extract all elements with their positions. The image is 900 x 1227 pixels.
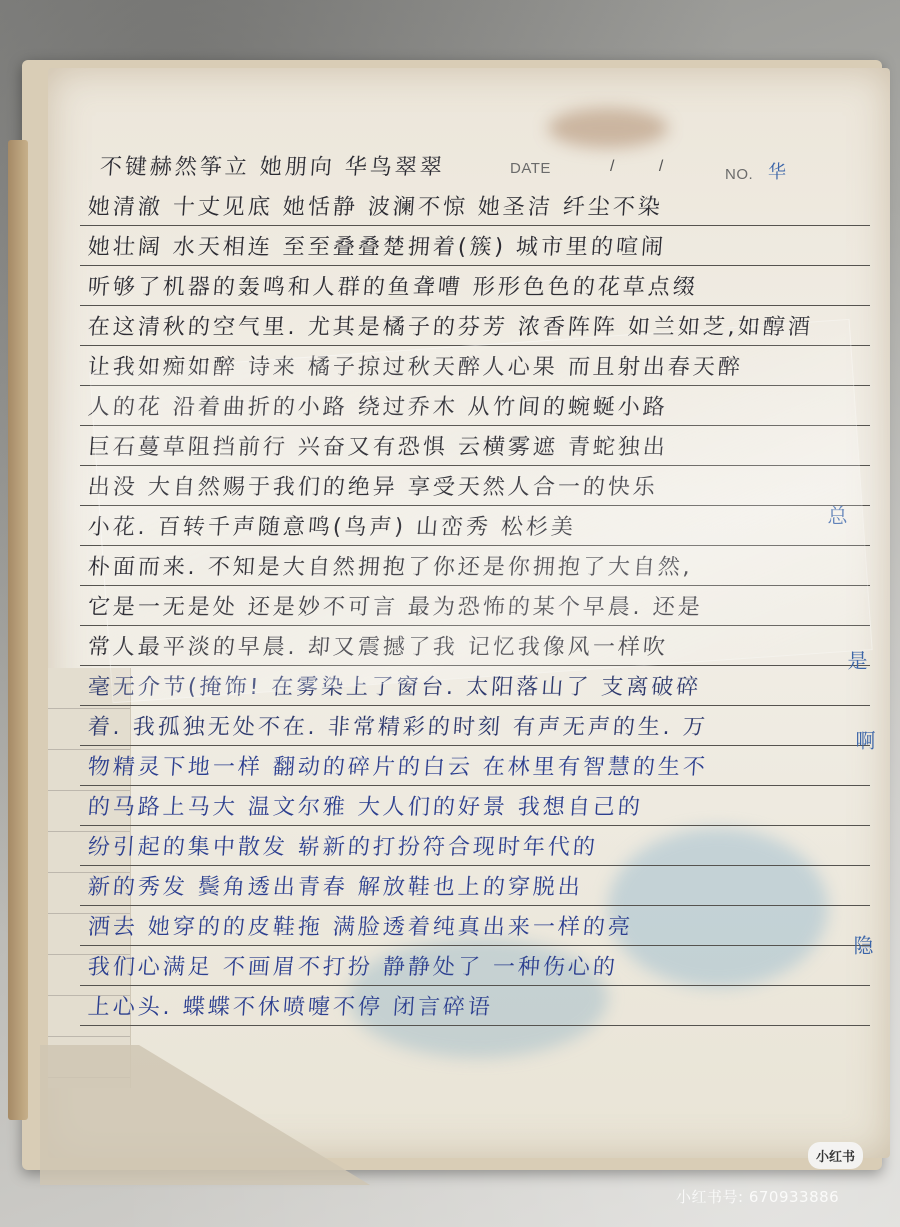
date-label: DATE xyxy=(510,160,551,177)
xiaohongshu-id: 小红书号: 670933886 xyxy=(676,1186,839,1207)
handwritten-line-underlined: 它是一无是处 还是妙不可言 最为恐怖的某个早晨. 还是 xyxy=(87,590,704,621)
notebook-spine xyxy=(8,140,28,1120)
handwritten-line: 在这清秋的空气里. 尤其是橘子的芬芳 浓香阵阵 如兰如芝,如醇酒 xyxy=(87,310,814,341)
handwritten-line: 纷引起的集中散发 崭新的打扮符合现时年代的 xyxy=(87,830,599,861)
ruled-line: 我们心满足 不画眉不打扮 静静处了 一种伤心的 xyxy=(80,946,870,986)
ruled-line: 让我如痴如醉 诗来 橘子掠过秋天醉人心果 而且射出春天醉 xyxy=(80,346,870,386)
number-label: NO. xyxy=(725,166,753,183)
handwritten-line: 听够了机器的轰鸣和人群的鱼聋嘈 形形色色的花草点缀 xyxy=(87,270,699,301)
handwritten-lines: 她清澈 十丈见底 她恬静 波澜不惊 她圣洁 纤尘不染 她壮阔 水天相连 至至叠叠… xyxy=(80,186,870,1026)
ruled-line: 纷引起的集中散发 崭新的打扮符合现时年代的 xyxy=(80,826,870,866)
stain xyxy=(548,108,668,148)
handwritten-line: 的马路上马大 温文尔雅 大人们的好景 我想自己的 xyxy=(87,790,644,821)
handwritten-line: 她壮阔 水天相连 至至叠叠楚拥着(簇) 城市里的喧闹 xyxy=(87,230,667,261)
handwritten-line: 毫无介节(掩饰! 在雾染上了窗台. 太阳落山了 支离破碎 xyxy=(87,670,703,701)
margin-note: 啊 xyxy=(850,730,879,750)
ruled-line: 人的花 沿着曲折的小路 绕过乔木 从竹间的蜿蜒小路 xyxy=(80,386,870,426)
ruled-line: 小花. 百转千声随意鸣(鸟声) 山峦秀 松杉美 xyxy=(80,506,870,546)
number-value: 华 xyxy=(768,158,786,184)
ruled-line: 巨石蔓草阻挡前行 兴奋又有恐惧 云横雾遮 青蛇独出 xyxy=(80,426,870,466)
margin-note: 总 xyxy=(822,505,851,525)
ruled-line: 洒去 她穿的的皮鞋拖 满脸透着纯真出来一样的亮 xyxy=(80,906,870,946)
ruled-line: 新的秀发 鬓角透出青春 解放鞋也上的穿脱出 xyxy=(80,866,870,906)
ruled-line: 物精灵下地一样 翻动的碎片的白云 在林里有智慧的生不 xyxy=(80,746,870,786)
handwritten-line: 物精灵下地一样 翻动的碎片的白云 在林里有智慧的生不 xyxy=(87,750,709,781)
handwritten-line: 让我如痴如醉 诗来 橘子掠过秋天醉人心果 而且射出春天醉 xyxy=(87,350,744,381)
ruled-line: 在这清秋的空气里. 尤其是橘子的芬芳 浓香阵阵 如兰如芝,如醇酒 xyxy=(80,306,870,346)
ruled-line: 她清澈 十丈见底 她恬静 波澜不惊 她圣洁 纤尘不染 xyxy=(80,186,870,226)
handwritten-line: 我们心满足 不画眉不打扮 静静处了 一种伤心的 xyxy=(87,950,619,981)
ruled-line: 常人最平淡的早晨. 却又震撼了我 记忆我像风一样吹 xyxy=(80,626,870,666)
ruled-line: 出没 大自然赐于我们的绝异 享受天然人合一的快乐 xyxy=(80,466,870,506)
margin-note: 是 xyxy=(842,650,871,670)
ruled-line: 毫无介节(掩饰! 在雾染上了窗台. 太阳落山了 支离破碎 xyxy=(80,666,870,706)
handwritten-line: 着. 我孤独无处不在. 非常精彩的时刻 有声无声的生. 万 xyxy=(87,710,709,741)
ruled-line: 她壮阔 水天相连 至至叠叠楚拥着(簇) 城市里的喧闹 xyxy=(80,226,870,266)
ruled-line: 朴面而来. 不知是大自然拥抱了你还是你拥抱了大自然, xyxy=(80,546,870,586)
handwritten-line: 上心头. 蝶蝶不休喷嚏不停 闭言碎语 xyxy=(87,990,494,1021)
handwritten-line: 人的花 沿着曲折的小路 绕过乔木 从竹间的蜿蜒小路 xyxy=(87,390,669,421)
ruled-line: 它是一无是处 还是妙不可言 最为恐怖的某个早晨. 还是 xyxy=(80,586,870,626)
handwritten-line: 出没 大自然赐于我们的绝异 享受天然人合一的快乐 xyxy=(87,470,659,501)
handwritten-line: 她清澈 十丈见底 她恬静 波澜不惊 她圣洁 纤尘不染 xyxy=(87,190,664,221)
margin-note: 隐 xyxy=(848,935,877,955)
xiaohongshu-logo: 小红书 xyxy=(808,1142,863,1169)
ruled-line: 听够了机器的轰鸣和人群的鱼聋嘈 形形色色的花草点缀 xyxy=(80,266,870,306)
handwritten-line: 常人最平淡的早晨. 却又震撼了我 记忆我像风一样吹 xyxy=(87,630,669,661)
handwritten-line: 洒去 她穿的的皮鞋拖 满脸透着纯真出来一样的亮 xyxy=(87,910,634,941)
date-value: / / xyxy=(610,158,663,176)
handwritten-line: 新的秀发 鬓角透出青春 解放鞋也上的穿脱出 xyxy=(87,870,584,901)
handwritten-line: 小花. 百转千声随意鸣(鸟声) 山峦秀 松杉美 xyxy=(87,510,577,541)
ruled-line: 着. 我孤独无处不在. 非常精彩的时刻 有声无声的生. 万 xyxy=(80,706,870,746)
handwritten-line: 不键赫然筝立 她朋向 华鸟翠翠 xyxy=(99,150,446,181)
ruled-line: 的马路上马大 温文尔雅 大人们的好景 我想自己的 xyxy=(80,786,870,826)
ruled-line: 上心头. 蝶蝶不休喷嚏不停 闭言碎语 xyxy=(80,986,870,1026)
handwritten-line: 朴面而来. 不知是大自然拥抱了你还是你拥抱了大自然, xyxy=(87,550,694,581)
handwritten-line: 巨石蔓草阻挡前行 兴奋又有恐惧 云横雾遮 青蛇独出 xyxy=(87,430,669,461)
